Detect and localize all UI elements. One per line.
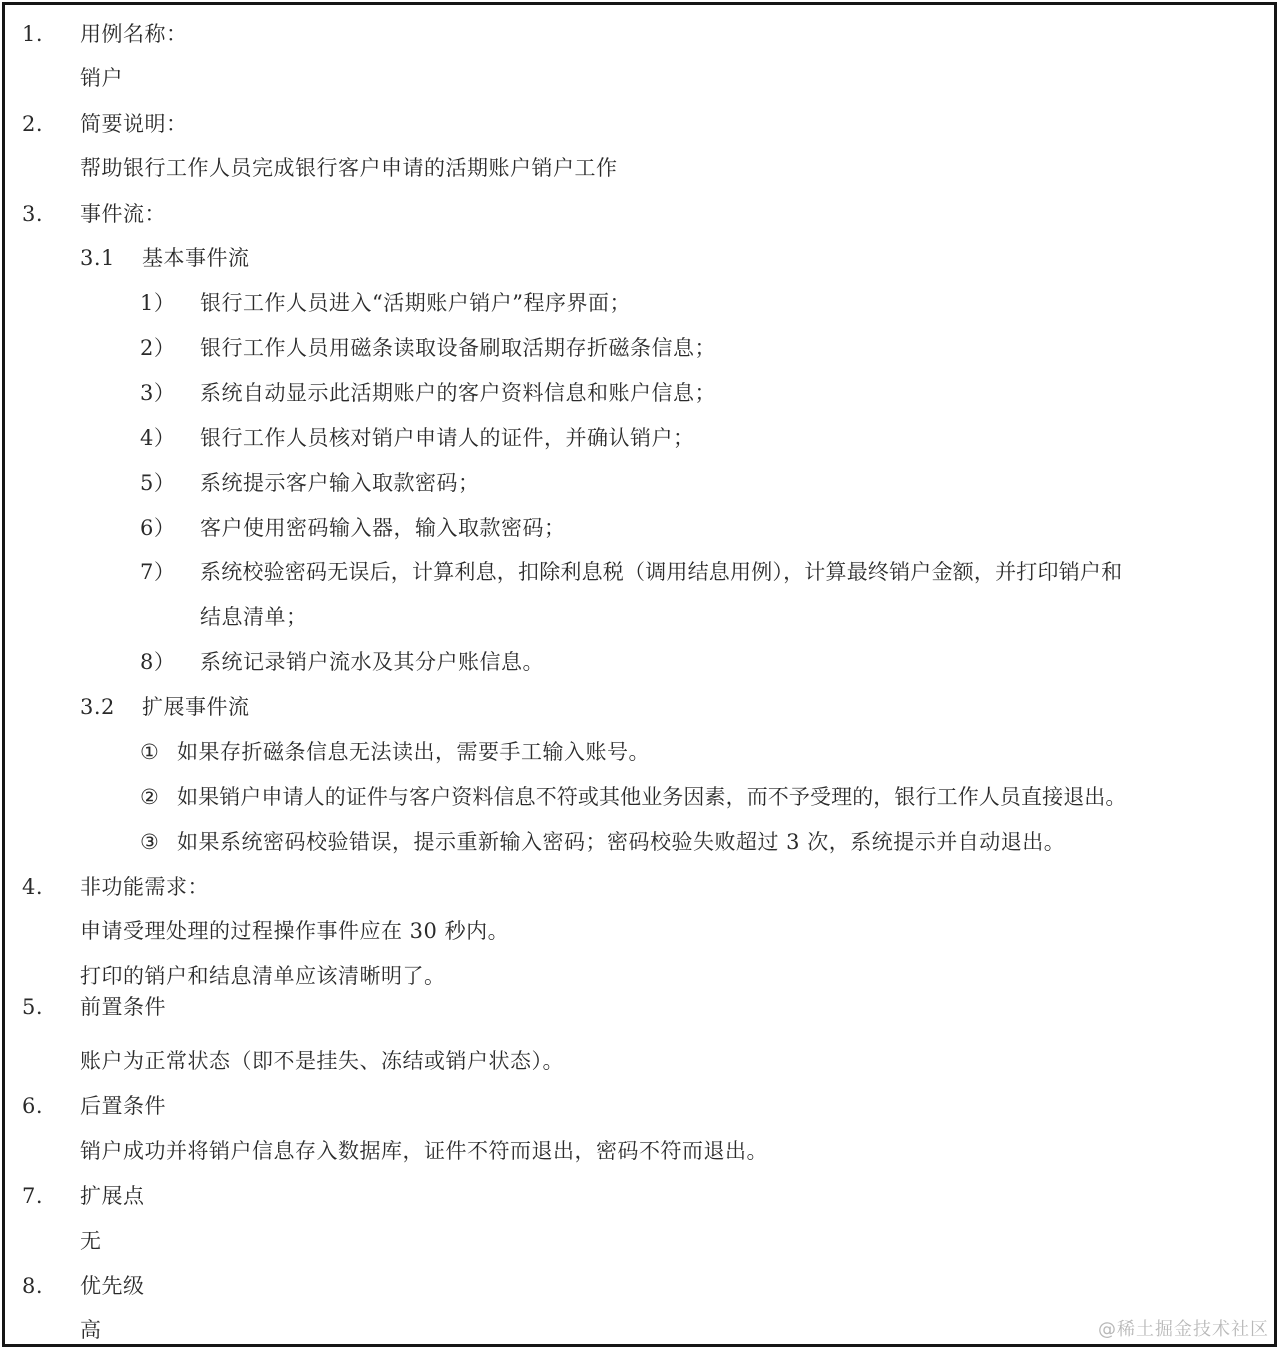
section-5-body: 账户为正常状态（即不是挂失、冻结或销户状态）。 <box>80 1047 564 1075</box>
section-8-body: 高 <box>80 1316 102 1344</box>
section-1-body: 销户 <box>80 64 123 92</box>
basic-step-7-continuation: 结息清单； <box>200 603 308 631</box>
section-6-body: 销户成功并将销户信息存入数据库，证件不符而退出，密码不符而退出。 <box>80 1137 768 1165</box>
section-4-body-1: 申请受理处理的过程操作事件应在 30 秒内。 <box>80 917 509 945</box>
section-4-body-2: 打印的销户和结息清单应该清晰明了。 <box>80 962 446 990</box>
watermark: @稀土掘金技术社区 <box>1098 1315 1269 1341</box>
section-7-body: 无 <box>80 1227 102 1255</box>
section-2-body: 帮助银行工作人员完成银行客户申请的活期账户销户工作 <box>80 154 618 182</box>
